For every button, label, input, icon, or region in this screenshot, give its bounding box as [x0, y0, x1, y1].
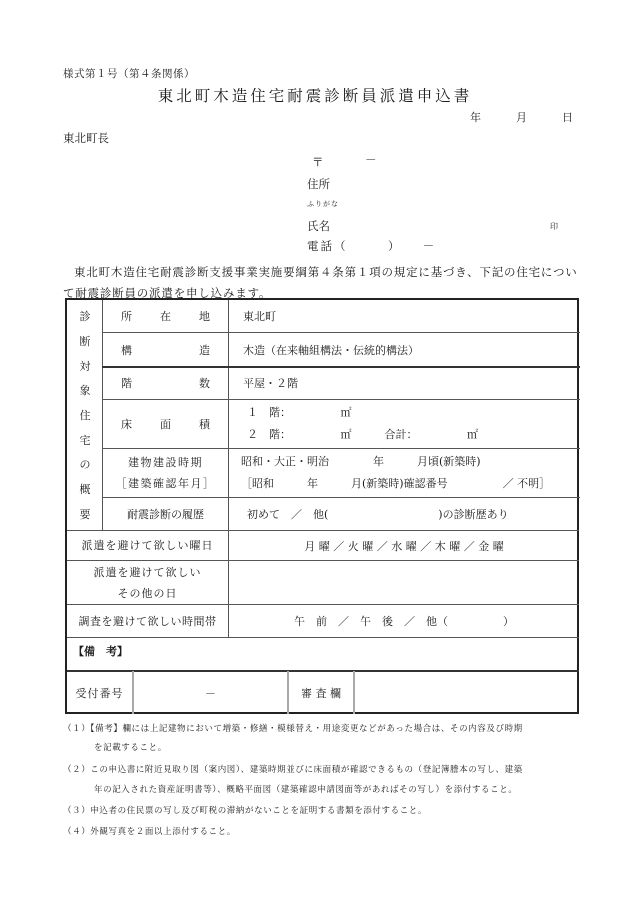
structure-field[interactable]: 木造（在来軸組構法・伝統的構法）	[229, 333, 579, 366]
label-floors: 階 数	[103, 367, 228, 399]
label-char: 造	[199, 342, 210, 358]
remarks-label: 【備 考】	[73, 638, 573, 658]
label-char: 床	[121, 416, 132, 432]
label-floor-area: 床 面 積	[103, 400, 228, 448]
label-review: 審 査 欄	[289, 671, 353, 714]
note-2: （２）この申込書に附近見取り図（案内図）、建築時期並びに床面積が確認できるもの（…	[63, 763, 523, 775]
application-table: 診 断 対 象 住 宅 の 概 要 所 在 地 東北町 構 造 木造（在来軸組構…	[65, 298, 579, 714]
note-1: （１）【備考】欄には上記建物において増築・修繕・模様替え・用途変更などがあった場…	[63, 722, 523, 734]
label-char: 面	[160, 416, 171, 432]
review-field[interactable]	[355, 671, 579, 714]
postal-code-field[interactable]: －	[365, 152, 377, 168]
vh-char: 宅	[80, 432, 91, 448]
note-2-cont: 年の記入された資産証明書等）、概略平面図（建築確認申請図面等があればその写し）を…	[94, 783, 517, 795]
diagnosis-history-field[interactable]: 初めて ／ 他( )の診断歴あり	[229, 498, 579, 530]
label-char: 階	[121, 375, 132, 391]
label-receipt-number: 受付番号	[67, 671, 132, 714]
label-char: 数	[199, 375, 210, 391]
label-avoid-other-day: 派遣を避けて欲しい その他の日	[67, 561, 228, 604]
avoid-time-field[interactable]: 午 前 ／ 午 後 ／ 他（ ）	[229, 605, 579, 637]
note-1-cont: を記載すること。	[94, 741, 167, 753]
label-char: 構	[121, 342, 132, 358]
label-char: 地	[199, 308, 210, 324]
phone-field[interactable]: 電話（ ） －	[307, 238, 436, 254]
vh-char: 住	[80, 407, 91, 423]
date-month-label: 月	[516, 109, 527, 125]
label-avoid-weekday: 派遣を避けて欲しい曜日	[67, 531, 228, 560]
build-era-line[interactable]: 昭和・大正・明治 年 月頃(新築時)	[241, 451, 481, 473]
label-char: 積	[199, 416, 210, 432]
label-line: 派遣を避けて欲しい	[94, 562, 202, 583]
form-number: 様式第１号（第４条関係）	[63, 66, 195, 81]
postal-mark: 〒	[312, 154, 324, 170]
remarks-field[interactable]	[67, 656, 579, 670]
floor-area-2f-total[interactable]: ２ 階： ㎡ 合計： ㎡	[247, 424, 478, 446]
building-confirmation-line[interactable]: ［昭和 年 月(新築時)確認番号 ／ 不明］	[241, 473, 550, 495]
date-year-label: 年	[470, 109, 481, 125]
note-3: （３）申込者の住民票の写し及び町税の滞納がないことを証明する書類を添付すること。	[63, 804, 427, 816]
label-line: ［建築確認年月］	[116, 473, 216, 494]
note-4: （４）外観写真を２面以上添付すること。	[63, 825, 236, 837]
label-build-period: 建物建設時期 ［建築確認年月］	[103, 449, 228, 497]
vh-char: 要	[80, 506, 91, 522]
floors-field[interactable]: 平屋・２階	[229, 367, 579, 399]
vh-char: 診	[80, 308, 91, 324]
floor-area-1f[interactable]: １ 階： ㎡	[247, 402, 352, 424]
avoid-other-day-field[interactable]	[229, 561, 579, 604]
furigana-label: ふりがな	[307, 199, 339, 209]
address-label: 住所	[307, 176, 330, 192]
receipt-number-field[interactable]: －	[134, 671, 287, 714]
label-structure: 構 造	[103, 333, 228, 366]
addressee: 東北町長	[63, 130, 109, 146]
avoid-weekday-field[interactable]: 月 曜 ／ 火 曜 ／ 水 曜 ／ 木 曜 ／ 金 曜	[229, 531, 579, 560]
name-label: 氏名	[307, 218, 330, 234]
vh-char: の	[80, 456, 91, 472]
vh-char: 対	[80, 358, 91, 374]
label-avoid-time: 調査を避けて欲しい時間帯	[67, 605, 228, 637]
build-period-field[interactable]: 昭和・大正・明治 年 月頃(新築時) ［昭和 年 月(新築時)確認番号 ／ 不明…	[229, 449, 579, 497]
label-char: 在	[160, 308, 171, 324]
location-field[interactable]: 東北町	[229, 300, 579, 332]
seal-mark: 印	[550, 221, 558, 232]
label-diagnosis-history: 耐震診断の履歴	[103, 498, 228, 530]
date-day-label: 日	[562, 109, 573, 125]
label-location: 所 在 地	[103, 300, 228, 332]
vh-char: 象	[80, 382, 91, 398]
label-line: 建物建設時期	[128, 452, 203, 473]
vh-char: 概	[80, 481, 91, 497]
floor-area-field[interactable]: １ 階： ㎡ ２ 階： ㎡ 合計： ㎡	[229, 400, 579, 448]
date-field[interactable]: 年 月 日	[470, 109, 573, 125]
page-title: 東北町木造住宅耐震診断員派遣申込書	[0, 84, 630, 106]
vh-char: 断	[80, 333, 91, 349]
label-line: その他の日	[118, 583, 178, 604]
label-char: 所	[121, 308, 132, 324]
vertical-header: 診 断 対 象 住 宅 の 概 要	[67, 300, 103, 530]
